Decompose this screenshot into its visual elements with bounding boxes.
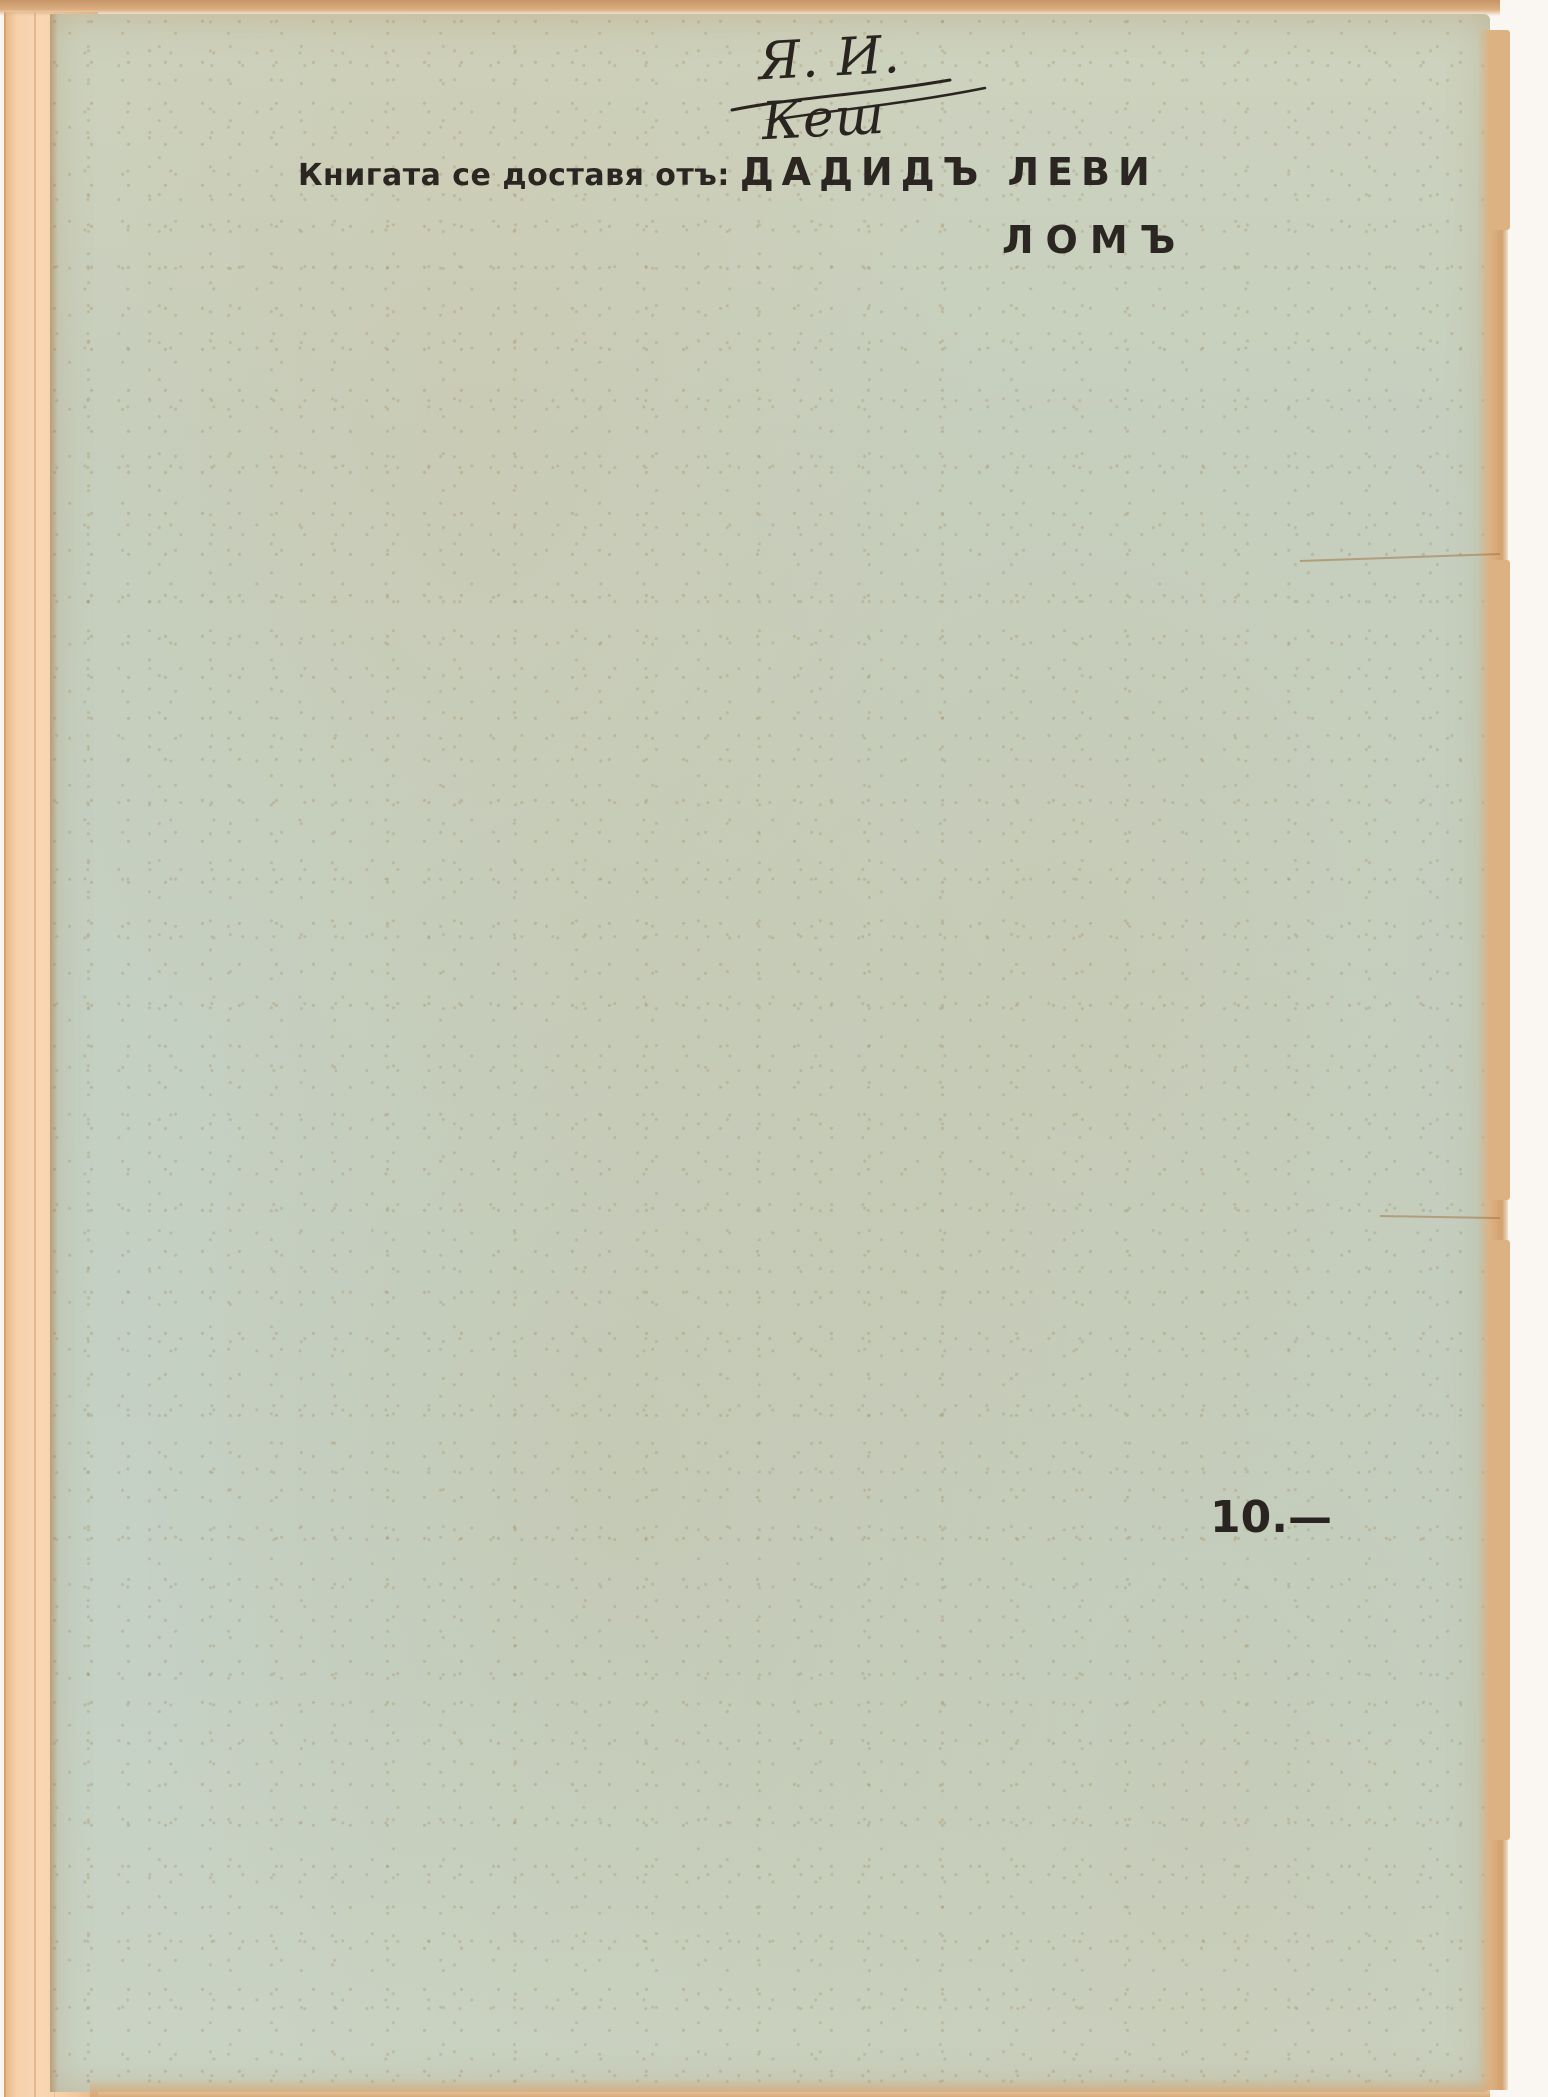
distributor-prefix: Книгата се доставя отъ: bbox=[298, 158, 730, 193]
back-cover bbox=[50, 14, 1490, 2092]
distributor-line: Книгата се доставя отъ:ДАДИДЪ ЛЕВИ bbox=[298, 150, 1158, 194]
bottom-edge bbox=[90, 2079, 1490, 2097]
distributor-city: ЛОМЪ bbox=[1002, 218, 1187, 262]
signature-text: Я. И. Кеш bbox=[757, 20, 1003, 152]
cover-left-edge bbox=[50, 14, 58, 2092]
distributor-name: ДАДИДЪ ЛЕВИ bbox=[740, 150, 1158, 194]
right-page-tab bbox=[1488, 1240, 1510, 1840]
handwritten-signature: Я. И. Кеш bbox=[700, 10, 1000, 120]
right-page-tab bbox=[1488, 560, 1510, 1200]
price-label: 10.— bbox=[1210, 1492, 1332, 1543]
right-page-tab bbox=[1488, 30, 1510, 230]
